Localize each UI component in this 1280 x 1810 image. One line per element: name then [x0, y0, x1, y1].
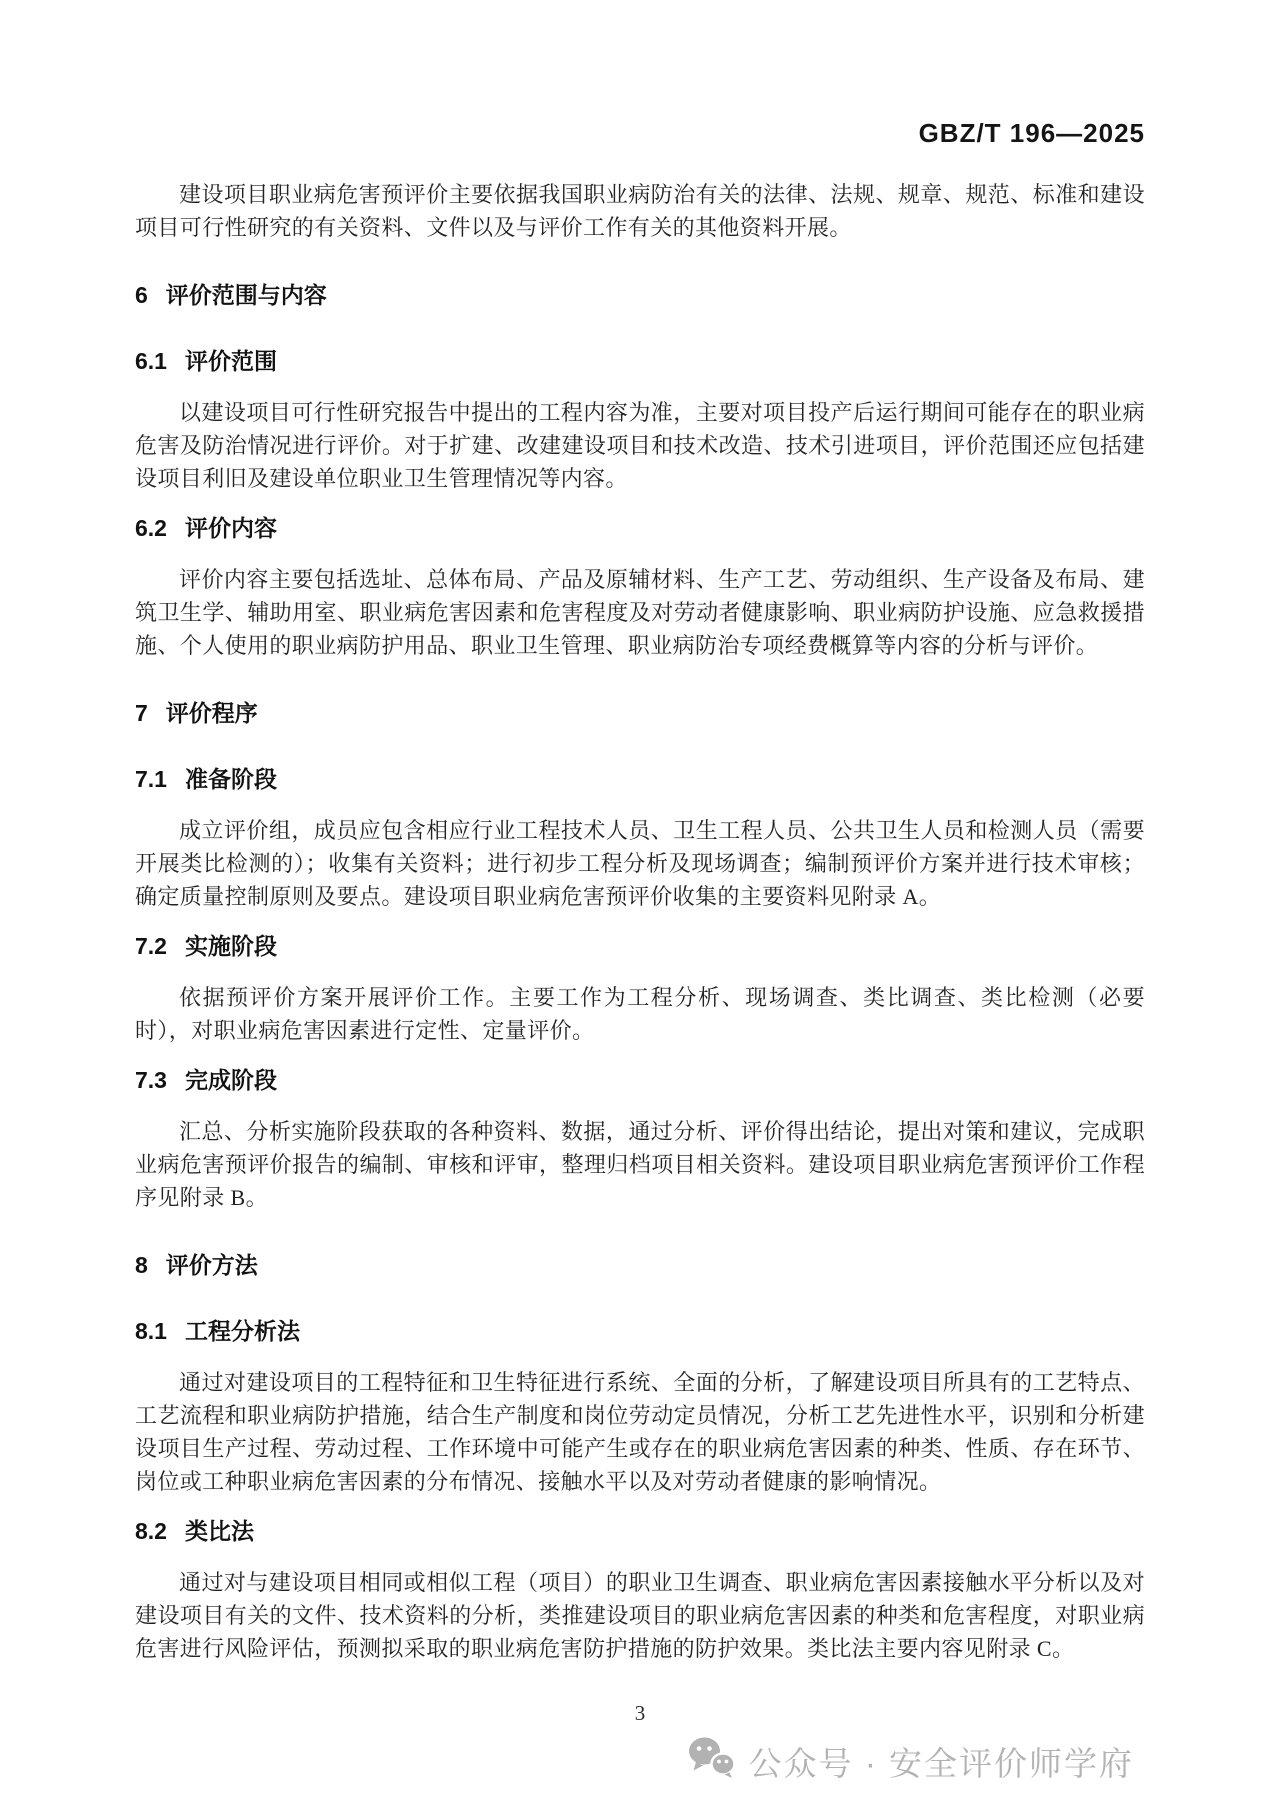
intro-paragraph: 建设项目职业病危害预评价主要依据我国职业病防治有关的法律、法规、规章、规范、标准… — [135, 178, 1145, 244]
section-heading-7-3: 7.3完成阶段 — [135, 1065, 1145, 1095]
standard-code-header: GBZ/T 196—2025 — [135, 118, 1145, 148]
section-paragraph-7-1: 成立评价组，成员应包含相应行业工程技术人员、卫生工程人员、公共卫生人员和检测人员… — [135, 814, 1145, 913]
section-heading-8-1: 8.1工程分析法 — [135, 1316, 1145, 1346]
section-number: 8.1 — [135, 1316, 167, 1346]
section-paragraph-6-1: 以建设项目可行性研究报告中提出的工程内容为准，主要对项目投产后运行期间可能存在的… — [135, 396, 1145, 495]
section-title: 工程分析法 — [185, 1318, 300, 1344]
section-paragraph-8-2: 通过对与建设项目相同或相似工程（项目）的职业卫生调查、职业病危害因素接触水平分析… — [135, 1566, 1145, 1665]
watermark-text: 公众号 · 安全评价师学府 — [749, 1738, 1134, 1785]
section-title: 类比法 — [185, 1518, 254, 1544]
section-number: 6.2 — [135, 513, 167, 543]
section-number: 7.3 — [135, 1065, 167, 1095]
section-title: 准备阶段 — [185, 766, 277, 792]
section-paragraph-6-2: 评价内容主要包括选址、总体布局、产品及原辅材料、生产工艺、劳动组织、生产设备及布… — [135, 563, 1145, 662]
section-number: 8 — [135, 1250, 148, 1280]
section-title: 评价范围与内容 — [166, 282, 327, 308]
section-paragraph-7-3: 汇总、分析实施阶段获取的各种资料、数据，通过分析、评价得出结论，提出对策和建议，… — [135, 1115, 1145, 1214]
document-content: GBZ/T 196—2025 建设项目职业病危害预评价主要依据我国职业病防治有关… — [0, 0, 1280, 1665]
wechat-icon — [687, 1736, 737, 1786]
section-title: 实施阶段 — [185, 933, 277, 959]
watermark: 公众号 · 安全评价师学府 — [687, 1736, 1134, 1786]
section-heading-8: 8评价方法 — [135, 1250, 1145, 1280]
section-number: 6.1 — [135, 346, 167, 376]
section-number: 8.2 — [135, 1516, 167, 1546]
section-title: 评价程序 — [166, 700, 258, 726]
section-number: 7.1 — [135, 764, 167, 794]
section-paragraph-7-2: 依据预评价方案开展评价工作。主要工作为工程分析、现场调查、类比调查、类比检测（必… — [135, 981, 1145, 1047]
section-title: 评价内容 — [185, 515, 277, 541]
section-heading-8-2: 8.2类比法 — [135, 1516, 1145, 1546]
section-heading-7-2: 7.2实施阶段 — [135, 931, 1145, 961]
section-heading-7-1: 7.1准备阶段 — [135, 764, 1145, 794]
page-number: 3 — [0, 1701, 1280, 1726]
section-paragraph-8-1: 通过对建设项目的工程特征和卫生特征进行系统、全面的分析，了解建设项目所具有的工艺… — [135, 1366, 1145, 1498]
section-heading-7: 7评价程序 — [135, 698, 1145, 728]
section-number: 7 — [135, 698, 148, 728]
section-title: 评价方法 — [166, 1252, 258, 1278]
section-title: 完成阶段 — [185, 1067, 277, 1093]
section-heading-6-1: 6.1评价范围 — [135, 346, 1145, 376]
section-heading-6: 6评价范围与内容 — [135, 280, 1145, 310]
section-number: 7.2 — [135, 931, 167, 961]
section-title: 评价范围 — [185, 348, 277, 374]
section-number: 6 — [135, 280, 148, 310]
section-heading-6-2: 6.2评价内容 — [135, 513, 1145, 543]
document-page: GBZ/T 196—2025 建设项目职业病危害预评价主要依据我国职业病防治有关… — [0, 0, 1280, 1810]
